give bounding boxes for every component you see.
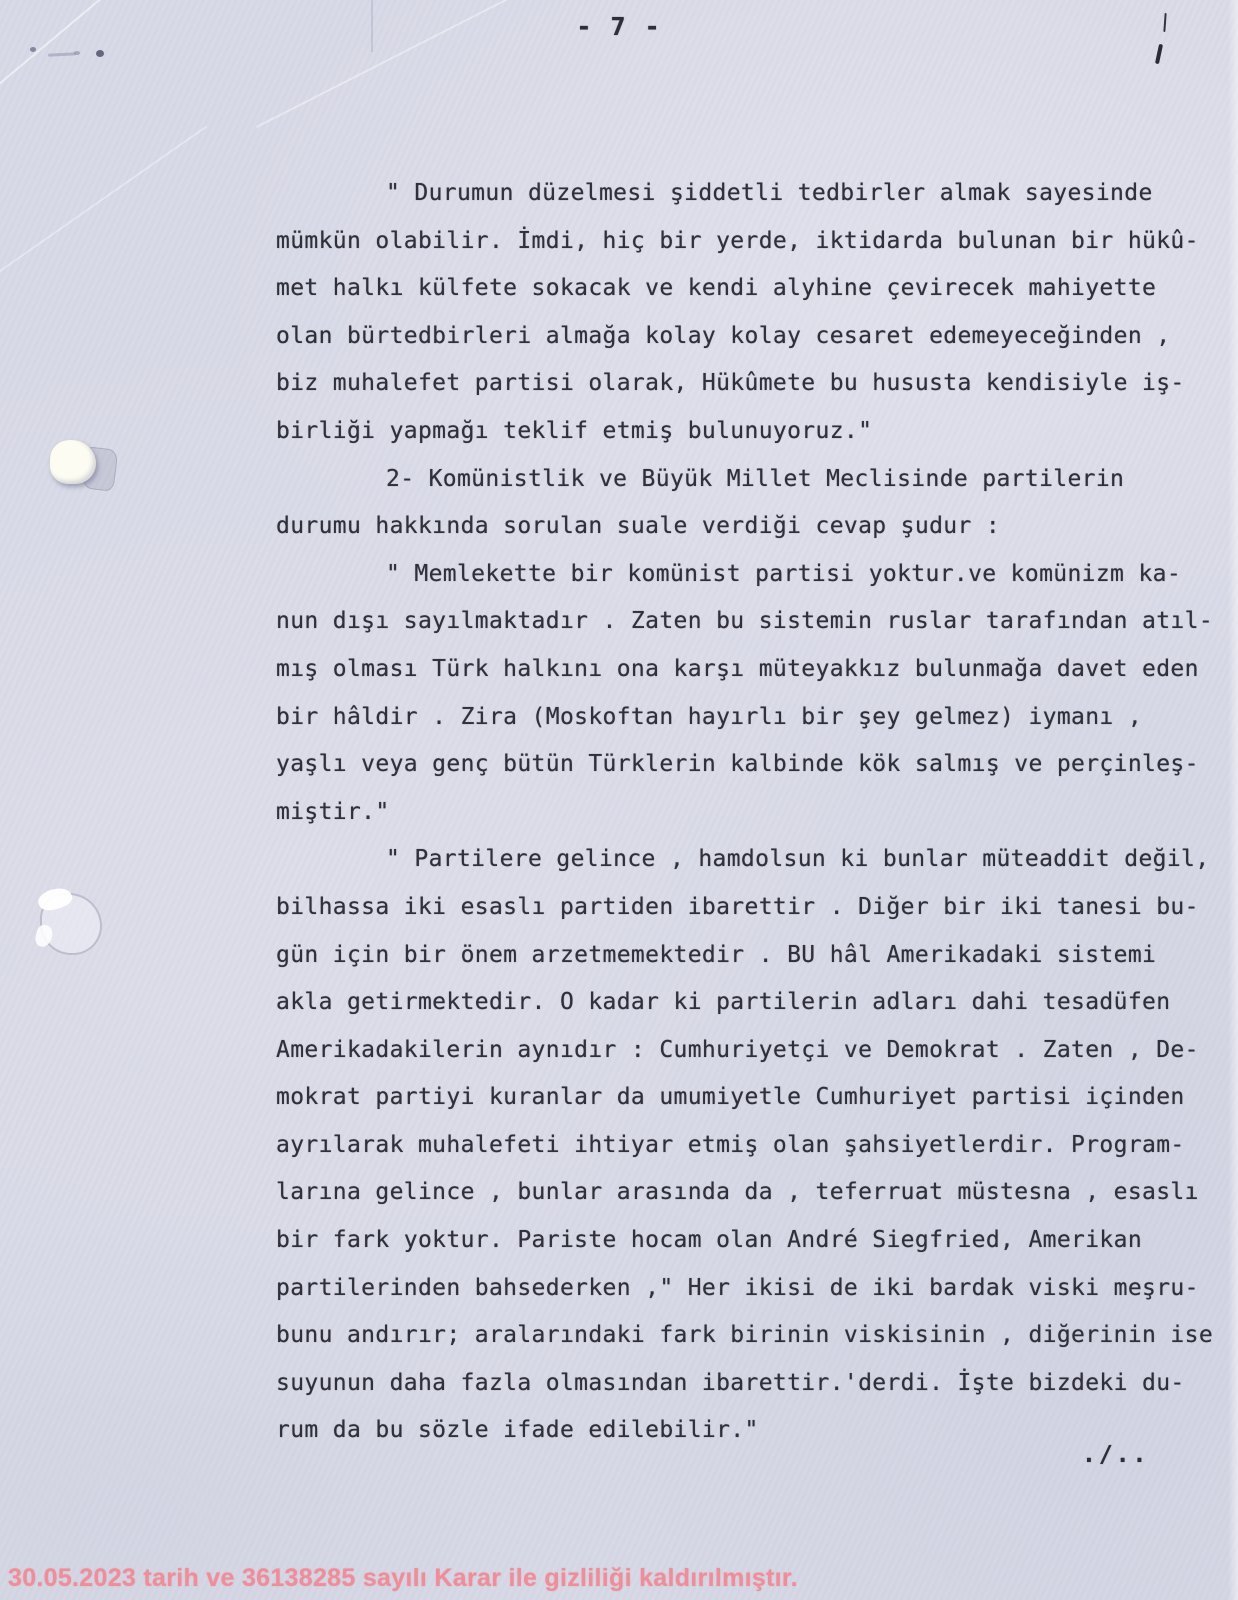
pencil-mark [48,52,76,56]
text-line: akla getirmektedir. O kadar ki partileri… [276,979,1216,1027]
text-line: bir fark yoktur. Pariste hocam olan Andr… [276,1217,1216,1265]
text-line: olan bürtedbirleri almağa kolay kolay ce… [276,313,1216,361]
continuation-mark: ./.. [1082,1442,1149,1468]
typewritten-text-block: " Durumun düzelmesi şiddetli tedbirler a… [276,170,1216,1455]
text-line: " Partilere gelince , hamdolsun ki bunla… [276,836,1216,884]
text-line: mokrat partiyi kuranlar da umumiyetle Cu… [276,1074,1216,1122]
text-line: bilhassa iki esaslı partiden ibarettir .… [276,884,1216,932]
text-line: suyunun daha fazla olmasından ibarettir.… [276,1360,1216,1408]
text-line: mümkün olabilir. İmdi, hiç bir yerde, ik… [276,218,1216,266]
text-line: partilerinden bahsederken ," Her ikisi d… [276,1265,1216,1313]
pencil-mark [96,50,104,57]
punch-hole-bottom [40,893,102,955]
page-number: - 7 - [0,12,1238,41]
text-line: Amerikadakilerin aynıdır : Cumhuriyetçi … [276,1027,1216,1075]
scanned-document-page: - 7 - " Durumun düzelmesi şiddetli tedbi… [0,0,1238,1600]
text-line: durumu hakkında sorulan suale verdiği ce… [276,503,1216,551]
text-line: mış olması Türk halkını ona karşı müteya… [276,646,1216,694]
declassification-watermark: 30.05.2023 tarih ve 36138285 sayılı Kara… [8,1564,798,1593]
text-line: miştir." [276,789,1216,837]
text-line: " Memlekette bir komünist partisi yoktur… [276,551,1216,599]
text-line: met halkı külfete sokacak ve kendi alyhi… [276,265,1216,313]
pen-mark [1155,44,1163,64]
text-line: ayrılarak muhalefeti ihtiyar etmiş olan … [276,1122,1216,1170]
paper-crease [0,126,207,276]
text-line: 2- Komünistlik ve Büyük Millet Meclisind… [276,456,1216,504]
text-line: bunu andırır; aralarındaki fark birinin … [276,1312,1216,1360]
text-line: biz muhalefet partisi olarak, Hükûmete b… [276,360,1216,408]
punch-hole-tear [50,440,96,484]
pencil-mark [30,47,36,52]
text-line: bir hâldir . Zira (Moskoftan hayırlı bir… [276,694,1216,742]
pencil-mark [74,51,80,55]
text-line: yaşlı veya genç bütün Türklerin kalbinde… [276,741,1216,789]
text-line: birliği yapmağı teklif etmiş bulunuyoruz… [276,408,1216,456]
text-line: larına gelince , bunlar arasında da , te… [276,1169,1216,1217]
scan-edge [1228,0,1238,1600]
text-line: rum da bu sözle ifade edilebilir." [276,1407,1216,1455]
punch-hole-top [50,436,112,490]
text-line: nun dışı sayılmaktadır . Zaten bu sistem… [276,598,1216,646]
text-line: " Durumun düzelmesi şiddetli tedbirler a… [276,170,1216,218]
text-line: gün için bir önem arzetmemektedir . BU h… [276,932,1216,980]
